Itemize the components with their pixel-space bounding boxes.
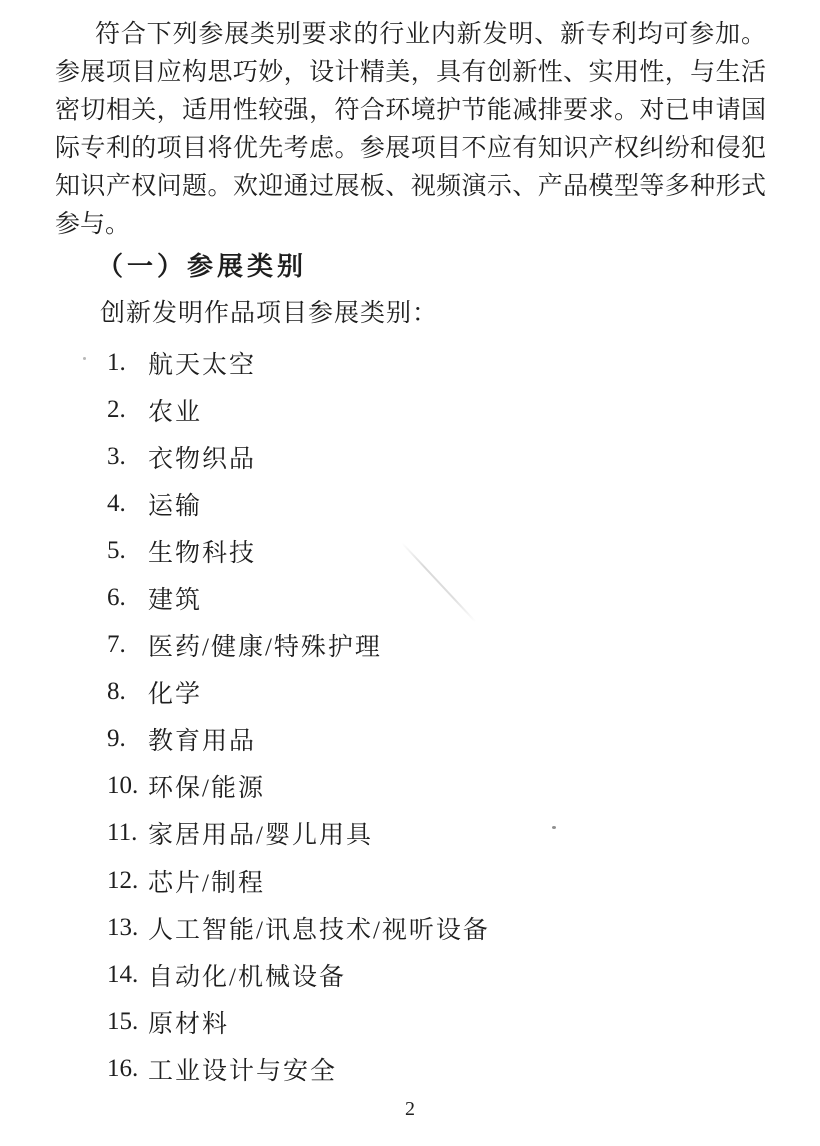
category-item: 1. 航天太空	[107, 339, 490, 386]
category-number: 3.	[107, 443, 148, 471]
category-item: 9. 教育用品	[107, 716, 490, 763]
scan-dot-artifact	[552, 826, 556, 829]
category-number: 6.	[107, 584, 148, 612]
category-number: 2.	[107, 396, 148, 424]
category-label: 衣物织品	[148, 439, 256, 475]
category-item: 15. 原材料	[107, 998, 490, 1045]
category-label: 自动化/机械设备	[148, 957, 346, 993]
category-label: 生物科技	[148, 533, 256, 569]
category-item: 2. 农业	[107, 386, 490, 433]
category-item: 6. 建筑	[107, 574, 490, 621]
category-item: 3. 衣物织品	[107, 433, 490, 480]
paragraph-line: 密切相关，适用性较强，符合环境护节能减排要求。对已申请国	[55, 92, 766, 130]
category-item: 13. 人工智能/讯息技术/视听设备	[107, 904, 490, 951]
category-number: 1.	[107, 349, 148, 377]
paragraph-line: 符合下列参展类别要求的行业内新发明、新专利均可参加。	[55, 16, 766, 54]
intro-paragraph: 符合下列参展类别要求的行业内新发明、新专利均可参加。 参展项目应构思巧妙，设计精…	[55, 16, 766, 244]
category-label: 航天太空	[148, 345, 256, 381]
section-heading: （一）参展类别	[97, 246, 307, 283]
category-item: 14. 自动化/机械设备	[107, 951, 490, 998]
category-label: 工业设计与安全	[148, 1051, 337, 1087]
category-item: 11. 家居用品/婴儿用具	[107, 810, 490, 857]
category-number: 14.	[107, 961, 148, 989]
category-number: 15.	[107, 1008, 148, 1036]
category-label: 教育用品	[148, 721, 256, 757]
paragraph-line: 知识产权问题。欢迎通过展板、视频演示、产品模型等多种形式	[55, 168, 766, 206]
category-item: 7. 医药/健康/特殊护理	[107, 622, 490, 669]
scanned-document-page: 符合下列参展类别要求的行业内新发明、新专利均可参加。 参展项目应构思巧妙，设计精…	[0, 0, 820, 1146]
category-number: 8.	[107, 678, 148, 706]
category-label: 农业	[148, 392, 202, 428]
category-label: 医药/健康/特殊护理	[148, 627, 382, 663]
category-label: 人工智能/讯息技术/视听设备	[148, 910, 490, 946]
paragraph-line: 参展项目应构思巧妙，设计精美，具有创新性、实用性，与生活	[55, 54, 766, 92]
category-number: 5.	[107, 537, 148, 565]
category-number: 16.	[107, 1055, 148, 1083]
category-label: 建筑	[148, 580, 202, 616]
category-number: 7.	[107, 631, 148, 659]
category-item: 8. 化学	[107, 669, 490, 716]
paragraph-line: 际专利的项目将优先考虑。参展项目不应有知识产权纠纷和侵犯	[55, 130, 766, 168]
scan-dot-artifact	[83, 357, 86, 360]
category-number: 11.	[107, 819, 148, 847]
category-number: 12.	[107, 867, 148, 895]
category-item: 5. 生物科技	[107, 527, 490, 574]
category-label: 运输	[148, 486, 202, 522]
page-number: 2	[0, 1098, 820, 1121]
category-item: 4. 运输	[107, 480, 490, 527]
section-subheading: 创新发明作品项目参展类别：	[100, 293, 438, 329]
category-label: 化学	[148, 674, 202, 710]
category-list: 1. 航天太空 2. 农业 3. 衣物织品 4. 运输 5. 生物科技 6. 建…	[107, 339, 490, 1093]
category-number: 4.	[107, 490, 148, 518]
category-label: 家居用品/婴儿用具	[148, 815, 373, 851]
category-item: 12. 芯片/制程	[107, 857, 490, 904]
category-item: 10. 环保/能源	[107, 763, 490, 810]
category-item: 16. 工业设计与安全	[107, 1045, 490, 1092]
category-label: 芯片/制程	[148, 863, 265, 899]
category-number: 9.	[107, 725, 148, 753]
category-label: 环保/能源	[148, 768, 265, 804]
category-number: 10.	[107, 772, 148, 800]
category-number: 13.	[107, 914, 148, 942]
category-label: 原材料	[148, 1004, 229, 1040]
paragraph-line: 参与。	[55, 206, 766, 244]
